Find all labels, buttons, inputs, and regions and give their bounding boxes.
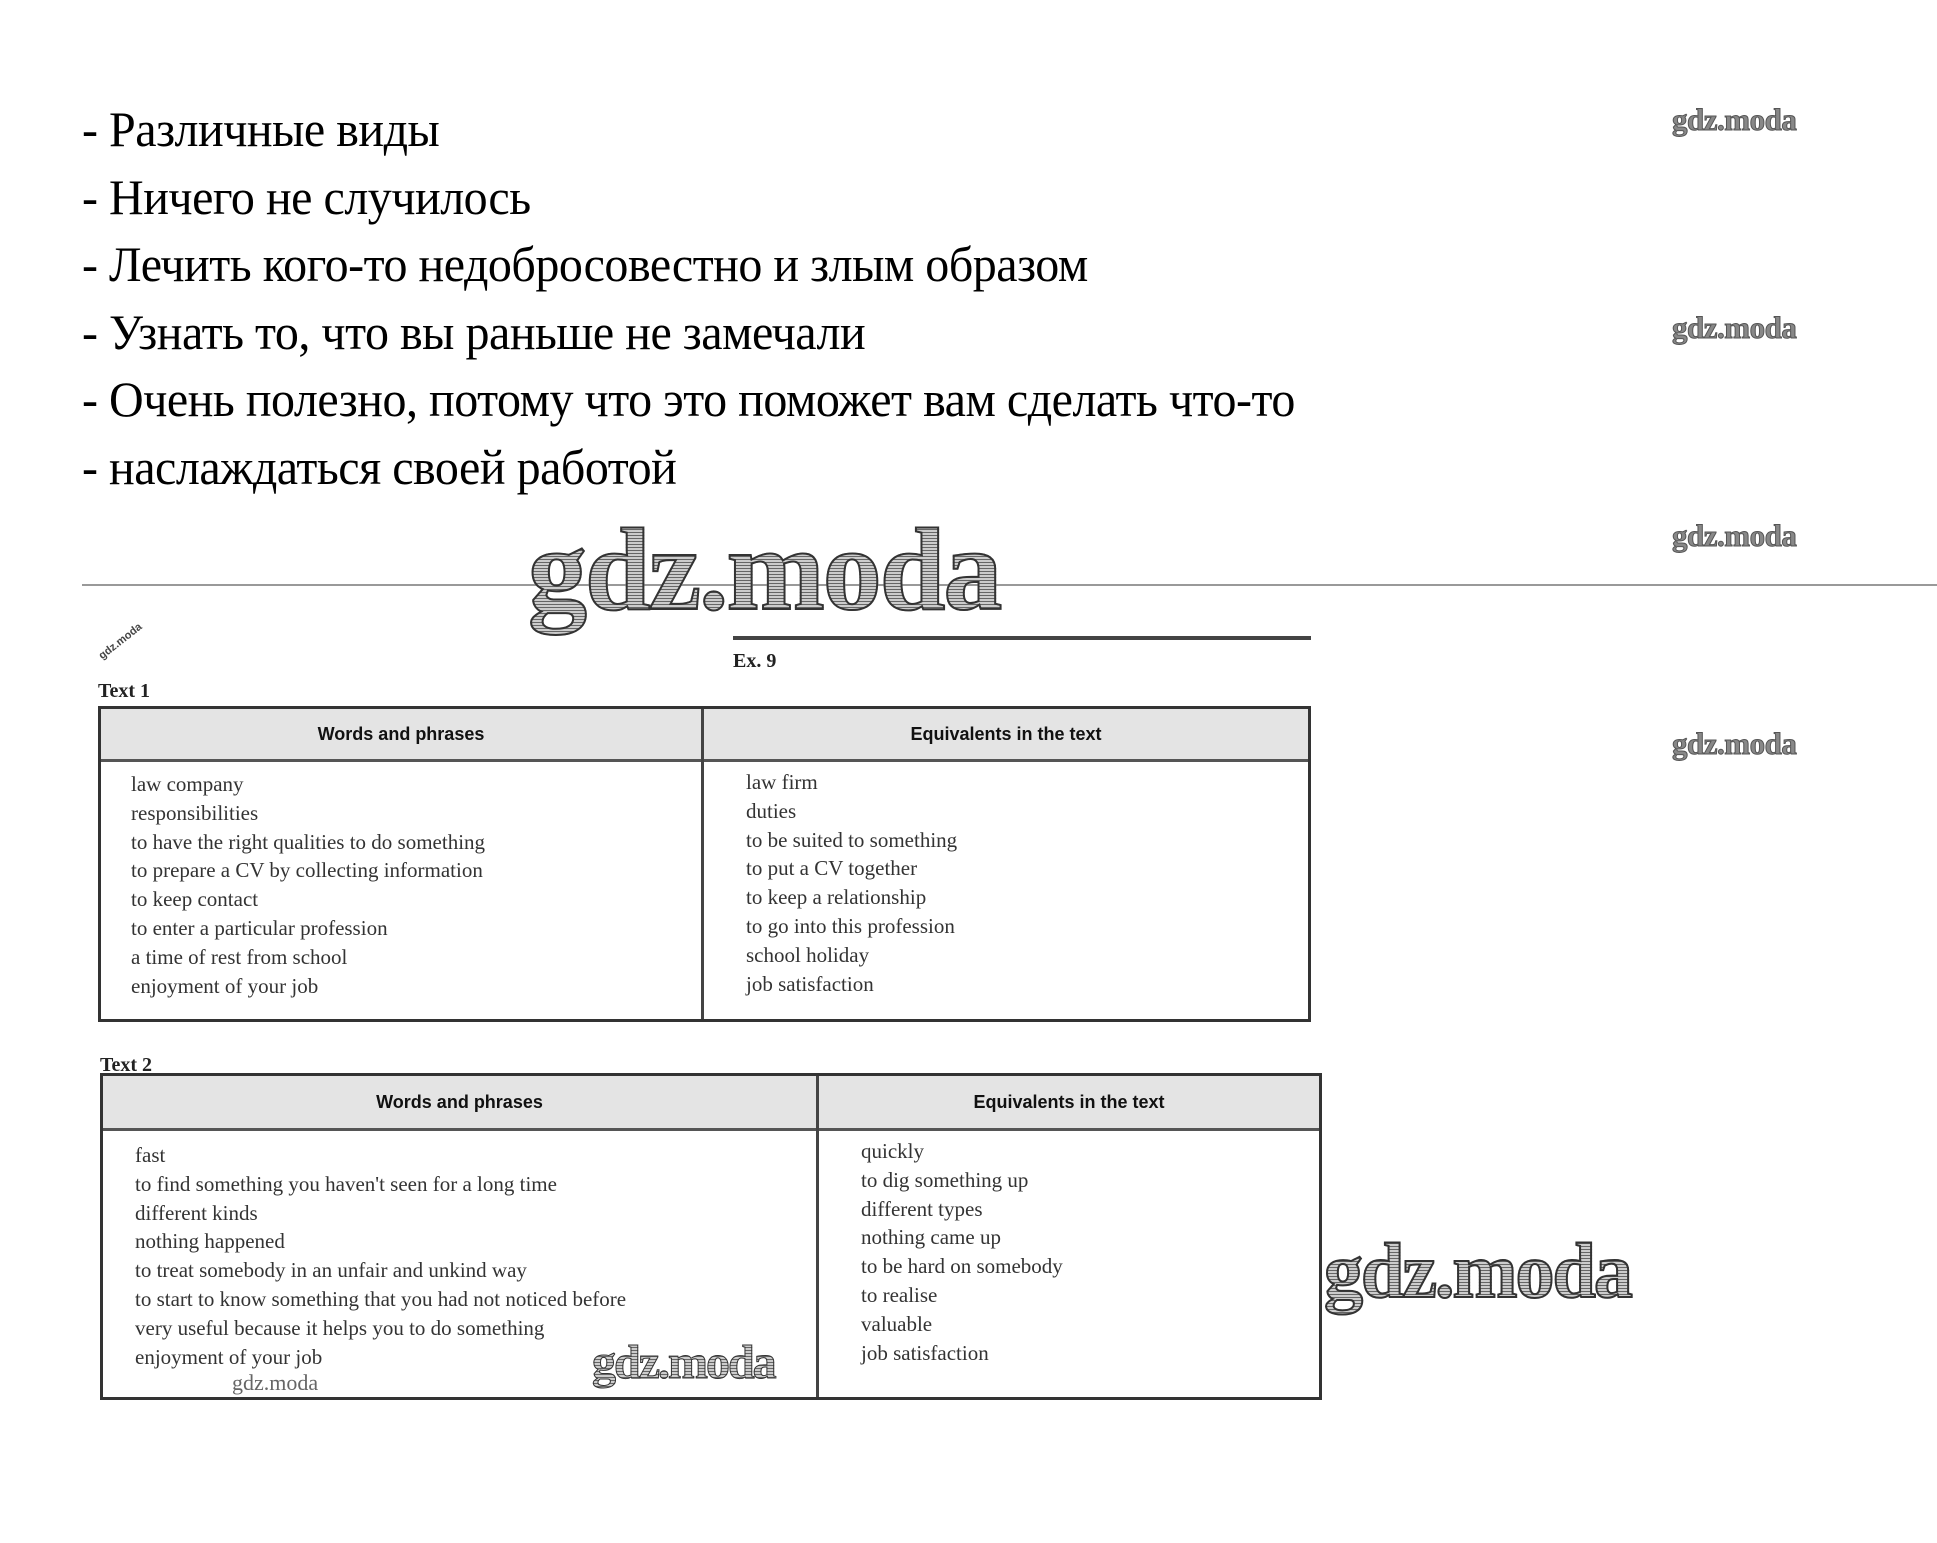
equivalents-list: law firm duties to be suited to somethin… <box>704 762 1308 998</box>
translation-line: - Очень полезно, потому что это поможет … <box>82 366 1295 434</box>
equivalent-item: valuable <box>861 1310 1319 1339</box>
watermark: gdz.moda <box>1672 310 1796 346</box>
equivalents-list: quickly to dig something up different ty… <box>819 1131 1319 1367</box>
equivalent-item: to keep a relationship <box>746 883 1308 912</box>
word-item: law company <box>131 770 701 799</box>
equivalent-item: to realise <box>861 1281 1319 1310</box>
word-item: to keep contact <box>131 885 701 914</box>
equivalent-item: nothing came up <box>861 1223 1319 1252</box>
equivalents-column: Equivalents in the text law firm duties … <box>701 709 1308 1019</box>
equivalent-item: law firm <box>746 768 1308 797</box>
equivalents-column: Equivalents in the text quickly to dig s… <box>816 1076 1319 1397</box>
translation-list: - Различные виды - Ничего не случилось -… <box>82 96 1345 502</box>
word-item: nothing happened <box>135 1227 816 1256</box>
word-item: to start to know something that you had … <box>135 1285 816 1314</box>
text1-table: Words and phrases law company responsibi… <box>98 706 1311 1022</box>
equivalent-item: job satisfaction <box>861 1339 1319 1368</box>
watermark: gdz.moda <box>1672 726 1796 762</box>
column-header: Words and phrases <box>103 1076 816 1131</box>
equivalent-item: different types <box>861 1195 1319 1224</box>
translation-line: - Узнать то, что вы раньше не замечали <box>82 299 1295 367</box>
equivalent-item: to dig something up <box>861 1166 1319 1195</box>
equivalent-item: to go into this profession <box>746 912 1308 941</box>
equivalent-item: to be suited to something <box>746 826 1308 855</box>
words-column: Words and phrases law company responsibi… <box>101 709 701 1019</box>
word-item: a time of rest from school <box>131 943 701 972</box>
translation-line: - Различные виды <box>82 96 1295 164</box>
translation-line: - наслаждаться своей работой <box>82 434 1295 502</box>
translation-line: - Лечить кого-то недобросовестно и злым … <box>82 231 1295 299</box>
watermark-medium: gdz.moda <box>592 1335 775 1390</box>
word-item: fast <box>135 1141 816 1170</box>
word-item: different kinds <box>135 1199 816 1228</box>
watermark-diagonal: gdz.moda <box>97 621 145 662</box>
word-item: to find something you haven't seen for a… <box>135 1170 816 1199</box>
equivalent-item: duties <box>746 797 1308 826</box>
watermark: gdz.moda <box>1672 518 1796 554</box>
word-item: responsibilities <box>131 799 701 828</box>
equivalent-item: quickly <box>861 1137 1319 1166</box>
equivalent-item: to be hard on somebody <box>861 1252 1319 1281</box>
word-item: enjoyment of your job <box>131 972 701 1001</box>
watermark-large: gdz.moda <box>528 502 1000 638</box>
column-header: Equivalents in the text <box>704 709 1308 762</box>
words-list: law company responsibilities to have the… <box>101 762 701 1000</box>
word-item: to prepare a CV by collecting informatio… <box>131 856 701 885</box>
divider <box>82 584 1937 586</box>
equivalent-item: to put a CV together <box>746 854 1308 883</box>
watermark: gdz.moda <box>1672 102 1796 138</box>
equivalent-item: job satisfaction <box>746 970 1308 999</box>
column-header: Words and phrases <box>101 709 701 762</box>
column-header: Equivalents in the text <box>819 1076 1319 1131</box>
equivalent-item: school holiday <box>746 941 1308 970</box>
exercise-rule <box>733 636 1311 640</box>
word-item: to treat somebody in an unfair and unkin… <box>135 1256 816 1285</box>
text1-label: Text 1 <box>98 680 150 703</box>
word-item: to enter a particular profession <box>131 914 701 943</box>
exercise-label: Ex. 9 <box>733 650 776 673</box>
word-item: to have the right qualities to do someth… <box>131 828 701 857</box>
translation-line: - Ничего не случилось <box>82 164 1295 232</box>
watermark-large: gdz.moda <box>1324 1226 1631 1316</box>
watermark-tiny: gdz.moda <box>232 1370 318 1396</box>
